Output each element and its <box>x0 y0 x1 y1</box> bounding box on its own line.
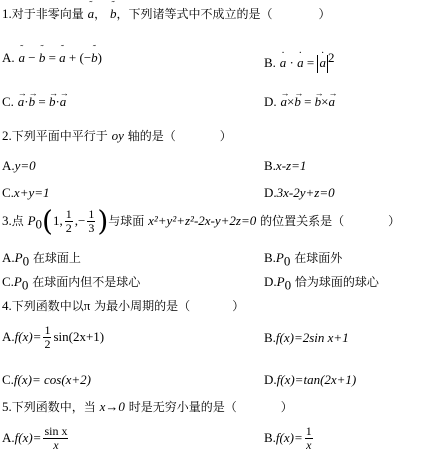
question-1-option-d: D. a×b = b×a <box>264 94 335 110</box>
question-5-stem: 5.下列函数中，当 x→0 时是无穷小量的是（） <box>2 399 293 415</box>
question-1-option-b: B. a · a = a2 <box>264 50 334 73</box>
question-2-stem: 2.下列平面中平行于 oy 轴的是（） <box>2 128 232 144</box>
question-2-option-b: B.x-z=1 <box>264 158 306 174</box>
question-5-option-a: A.f(x)=sin xx <box>2 422 70 454</box>
question-4-option-d: D.f(x)=tan(2x+1) <box>264 372 356 388</box>
question-2-option-c: C.x+y=1 <box>2 185 50 201</box>
question-2-option-d: D.3x-2y+z=0 <box>264 185 335 201</box>
question-5-option-b: B.f(x)=1x <box>264 422 315 454</box>
question-3-option-a: A.P0 在球面上 <box>2 250 81 269</box>
question-1-option-c: C. a·b = b·a <box>2 94 66 110</box>
question-4-stem: 4.下列函数中以π 为最小周期的是（） <box>2 298 244 314</box>
question-2-option-a: A.y=0 <box>2 158 36 174</box>
question-3-option-c: C.P0 在球面内但不是球心 <box>2 274 140 293</box>
question-4-option-a: A.f(x)=12sin(2x+1) <box>2 322 104 352</box>
question-3-option-d: D.P0 恰为球面的球心 <box>264 274 379 293</box>
question-1-option-a: A. a − b = a + (−b) <box>2 50 102 66</box>
question-4-option-c: C.f(x)= cos(x+2) <box>2 372 91 388</box>
question-1-stem: 1.对于非零向量 a， b，下列诸等式中不成立的是（） <box>2 6 330 22</box>
question-3-option-b: B.P0 在球面外 <box>264 250 342 269</box>
question-4-option-b: B.f(x)=2sin x+1 <box>264 330 349 346</box>
question-3-stem: 3.点 P0(1,12,−13)与球面 x²+y²+z²-2x-y+2z=0 的… <box>2 206 400 239</box>
